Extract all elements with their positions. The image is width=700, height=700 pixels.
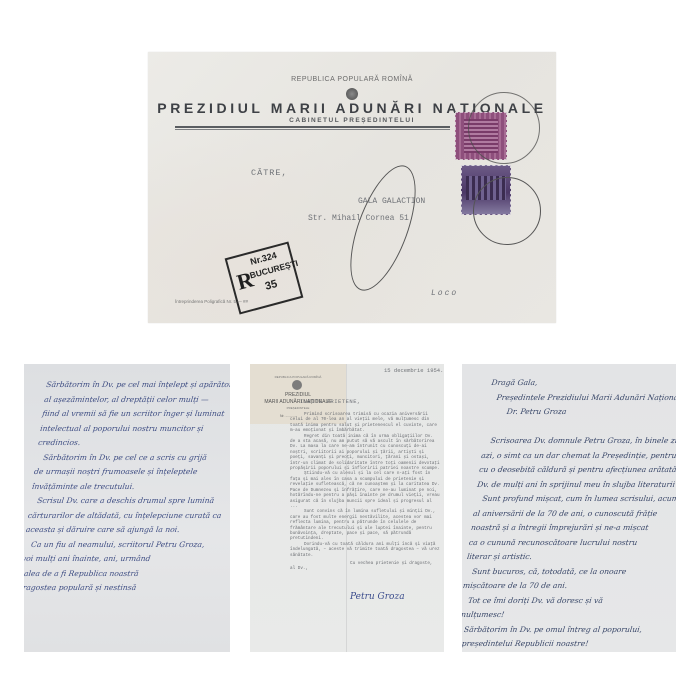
- pencil-ellipse-mark: [337, 157, 429, 298]
- postmark-icon: [473, 177, 541, 245]
- letter-date: 15 decembrie 1954.: [384, 367, 443, 374]
- letter-paragraph: Sunt convins că în lumina sufletului și …: [290, 509, 440, 541]
- letter-paragraph: Cu vechea prietenie și dragoste, al Dv.,: [290, 561, 440, 572]
- envelope-republic-label: REPUBLICA POPULARĂ ROMÎNĂ: [148, 76, 556, 83]
- handwritten-text: Sărbătorim în Dv. pe cel mai înțelept și…: [24, 378, 230, 596]
- letterhead-republic: REPUBLICA POPULARĂ ROMÎNĂ: [250, 375, 346, 379]
- letter-paragraph: Știindu-vă cu alesul și la cel care n-aț…: [290, 471, 440, 509]
- registered-office: 35: [264, 278, 279, 293]
- loco-label: Loco: [431, 289, 458, 298]
- handwritten-reply-page: Dragă Gala, Președintele Prezidiului Mar…: [462, 364, 676, 652]
- coat-of-arms-icon: [292, 380, 302, 390]
- printer-imprint: Întreprinderea Poligrafică Nr. 5 — ##: [175, 299, 248, 304]
- letter-paragraph: Dorindu-vă cu toată căldura ani mulți în…: [290, 542, 440, 558]
- postmark-icon: [468, 92, 540, 164]
- letter-salutation: IUBITE PRIETENE,: [300, 398, 361, 405]
- envelope: REPUBLICA POPULARĂ ROMÎNĂ PREZIDIUL MARI…: [148, 52, 556, 323]
- typed-letter-page: REPUBLICA POPULARĂ ROMÎNĂ PREZIDIUL MARI…: [250, 364, 444, 652]
- handwritten-text: Dragă Gala, Președintele Prezidiului Mar…: [462, 376, 676, 652]
- letter-paragraph: Regret din toată inima că în urma obliga…: [290, 434, 440, 472]
- coat-of-arms-icon: [346, 88, 358, 100]
- letterhead-rule-thin: [175, 129, 450, 130]
- letterhead-cabinet: PREȘEDINTELE: [250, 406, 346, 410]
- letterhead-rule: [175, 126, 450, 128]
- letter-body: Primind scrisoarea trimisă cu ocazia ani…: [290, 412, 440, 572]
- addressee-label: CĂTRE,: [251, 168, 288, 178]
- letter-paragraph: Primind scrisoarea trimisă cu ocazia ani…: [290, 412, 440, 434]
- signature: Petru Groza: [350, 592, 405, 602]
- handwritten-draft-page: Sărbătorim în Dv. pe cel mai înțelept și…: [24, 364, 230, 652]
